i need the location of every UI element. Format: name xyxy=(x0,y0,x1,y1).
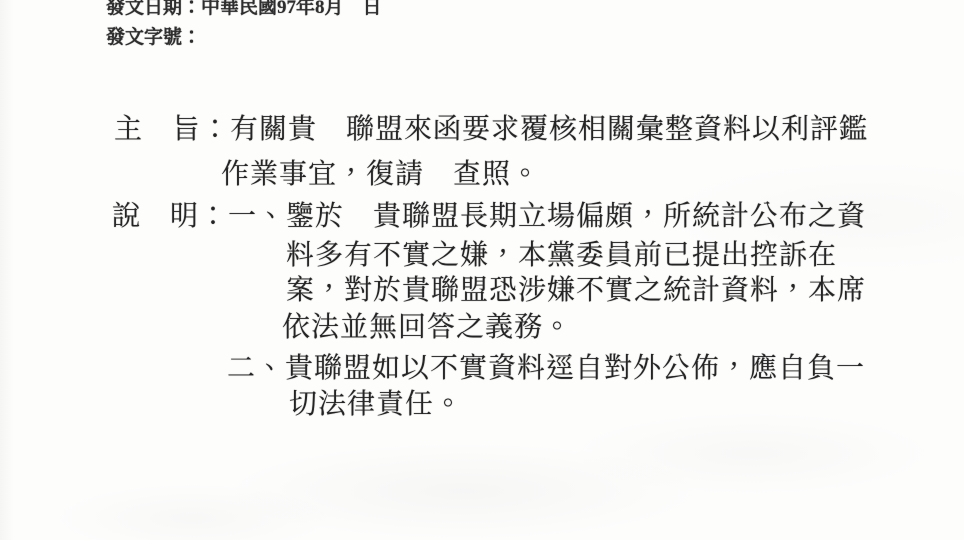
explanation-item1-line-2: 料多有不實之嫌，本黨委員前已提出控訴在 xyxy=(286,240,837,272)
subject-line-1: 主 旨：有關貴 聯盟來函要求覆核相關彙整資料以利評鑑 xyxy=(114,114,868,146)
explanation-item2-line-1: 二、貴聯盟如以不實資料逕自對外公佈，應自負一 xyxy=(227,353,865,385)
explanation-item1-line-4: 依法並無回答之義務。 xyxy=(282,312,572,344)
issue-date-line: 發文日期：中華民國97年8月 日 xyxy=(106,0,382,19)
scanned-document-page: 發文日期：中華民國97年8月 日 發文字號： 主 旨：有關貴 聯盟來函要求覆核相… xyxy=(0,0,964,540)
explanation-item2-line-2: 切法律責任。 xyxy=(289,389,463,421)
explanation-item1-line-3: 案，對於貴聯盟恐涉嫌不實之統計資料，本席 xyxy=(286,275,866,307)
explanation-item1-line-1: 說 明：一、鑒於 貴聯盟長期立場偏頗，所統計公布之資 xyxy=(112,201,866,233)
doc-number-line: 發文字號： xyxy=(106,22,201,49)
subject-line-2: 作業事宜，復請 查照。 xyxy=(221,159,540,191)
